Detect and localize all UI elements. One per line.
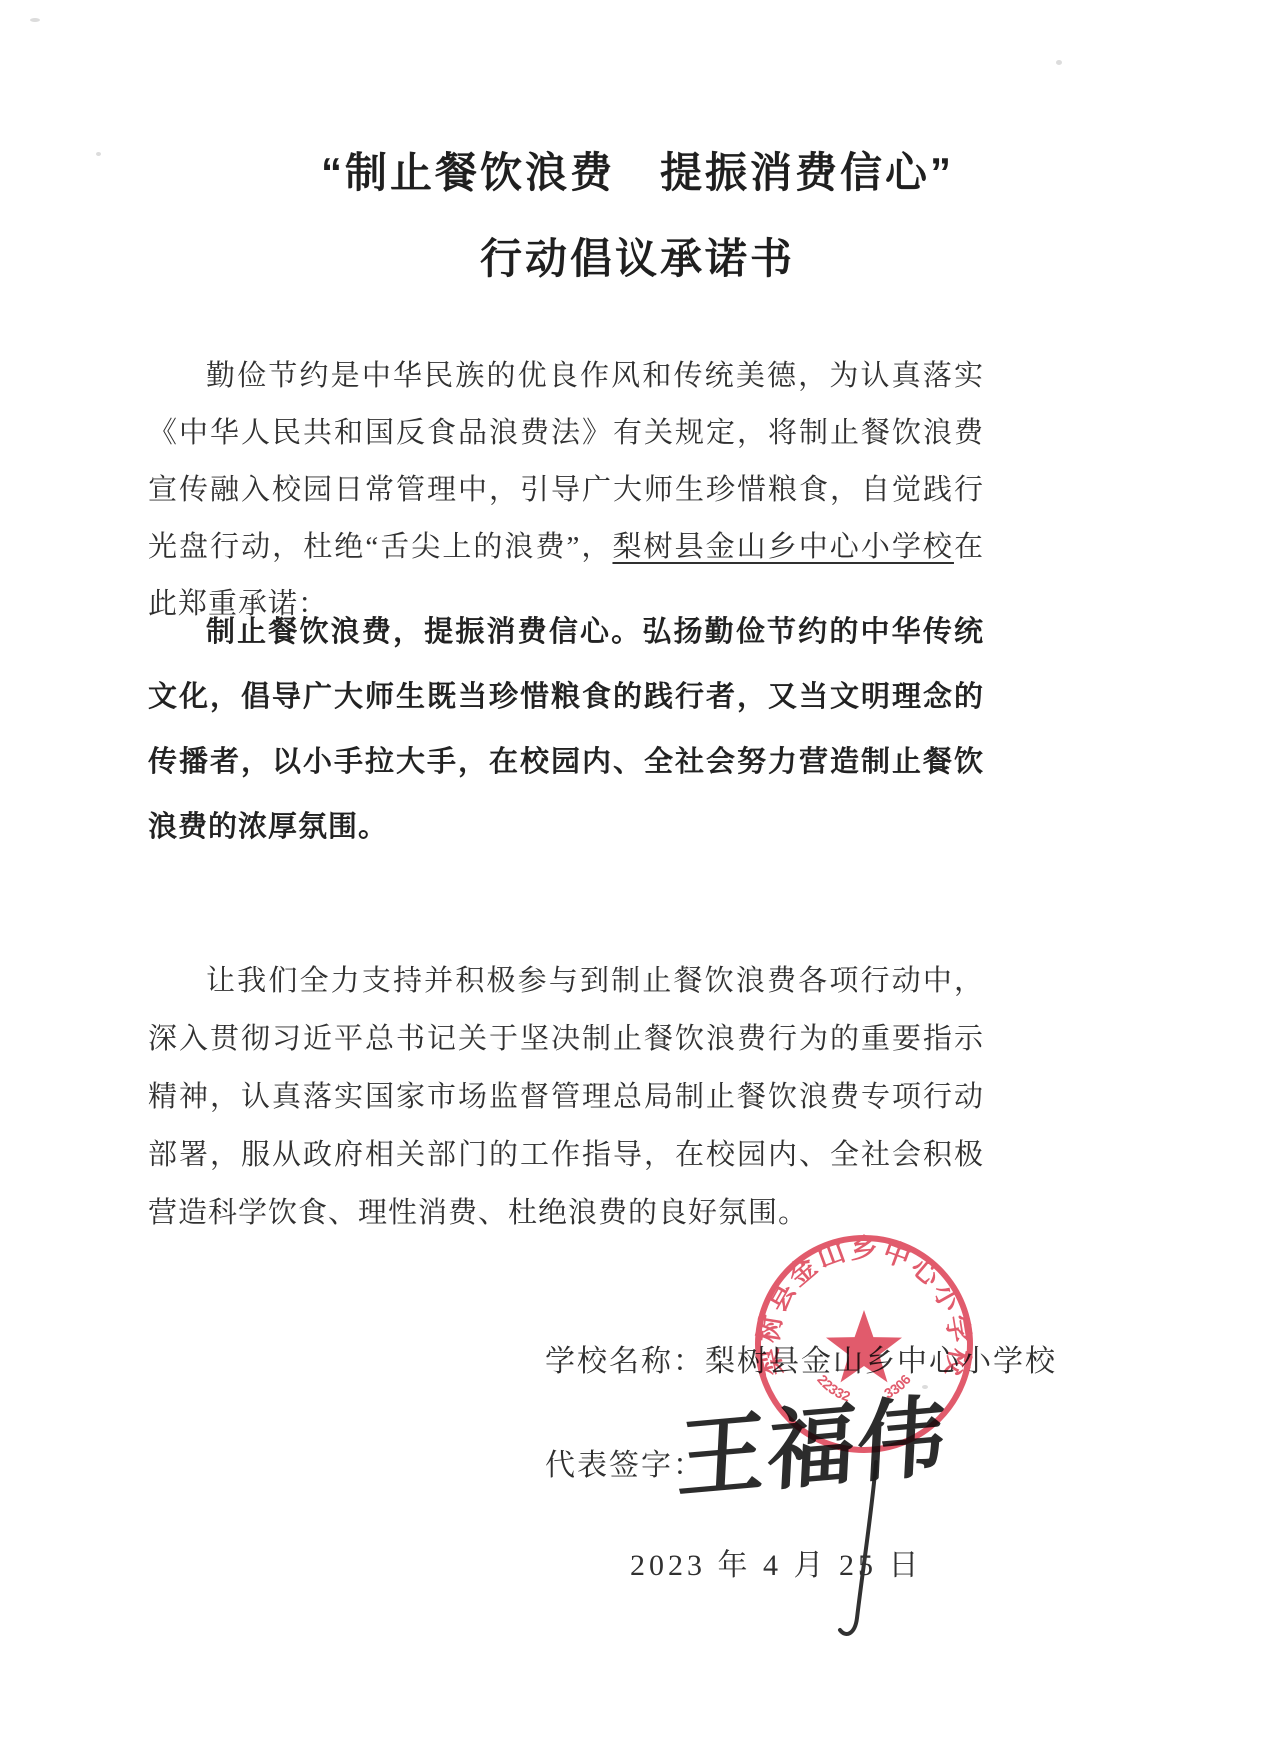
document-title-line2: 行动倡议承诺书	[0, 226, 1275, 286]
seal-code-right: 3306	[881, 1371, 914, 1401]
paragraph-3: 让我们全力支持并积极参与到制止餐饮浪费各项行动中，深入贯彻习近平总书记关于坚决制…	[148, 952, 984, 1242]
paragraph-2: 制止餐饮浪费，提振消费信心。弘扬勤俭节约的中华传统文化，倡导广大师生既当珍惜粮食…	[148, 600, 984, 860]
seal-star-icon	[826, 1310, 902, 1382]
school-name-label: 学校名称：	[545, 1345, 705, 1378]
official-seal: 梨树县金山乡中心小学校 22332 3306	[748, 1228, 980, 1460]
document-title-line1: “制止餐饮浪费 提振消费信心”	[0, 140, 1275, 200]
date-line: 2023 年 4 月 25 日	[630, 1540, 923, 1584]
pledge-document-page: “制止餐饮浪费 提振消费信心” 行动倡议承诺书 勤俭节约是中华民族的优良作风和传…	[0, 0, 1275, 1754]
paragraph-1: 勤俭节约是中华民族的优良作风和传统美德，为认真落实《中华人民共和国反食品浪费法》…	[148, 348, 984, 633]
seal-code-right-holder: 3306	[881, 1371, 914, 1401]
scan-artifact	[1056, 60, 1062, 65]
school-name-underlined: 梨树县金山乡中心小学校	[612, 531, 954, 563]
scan-artifact	[30, 18, 40, 22]
